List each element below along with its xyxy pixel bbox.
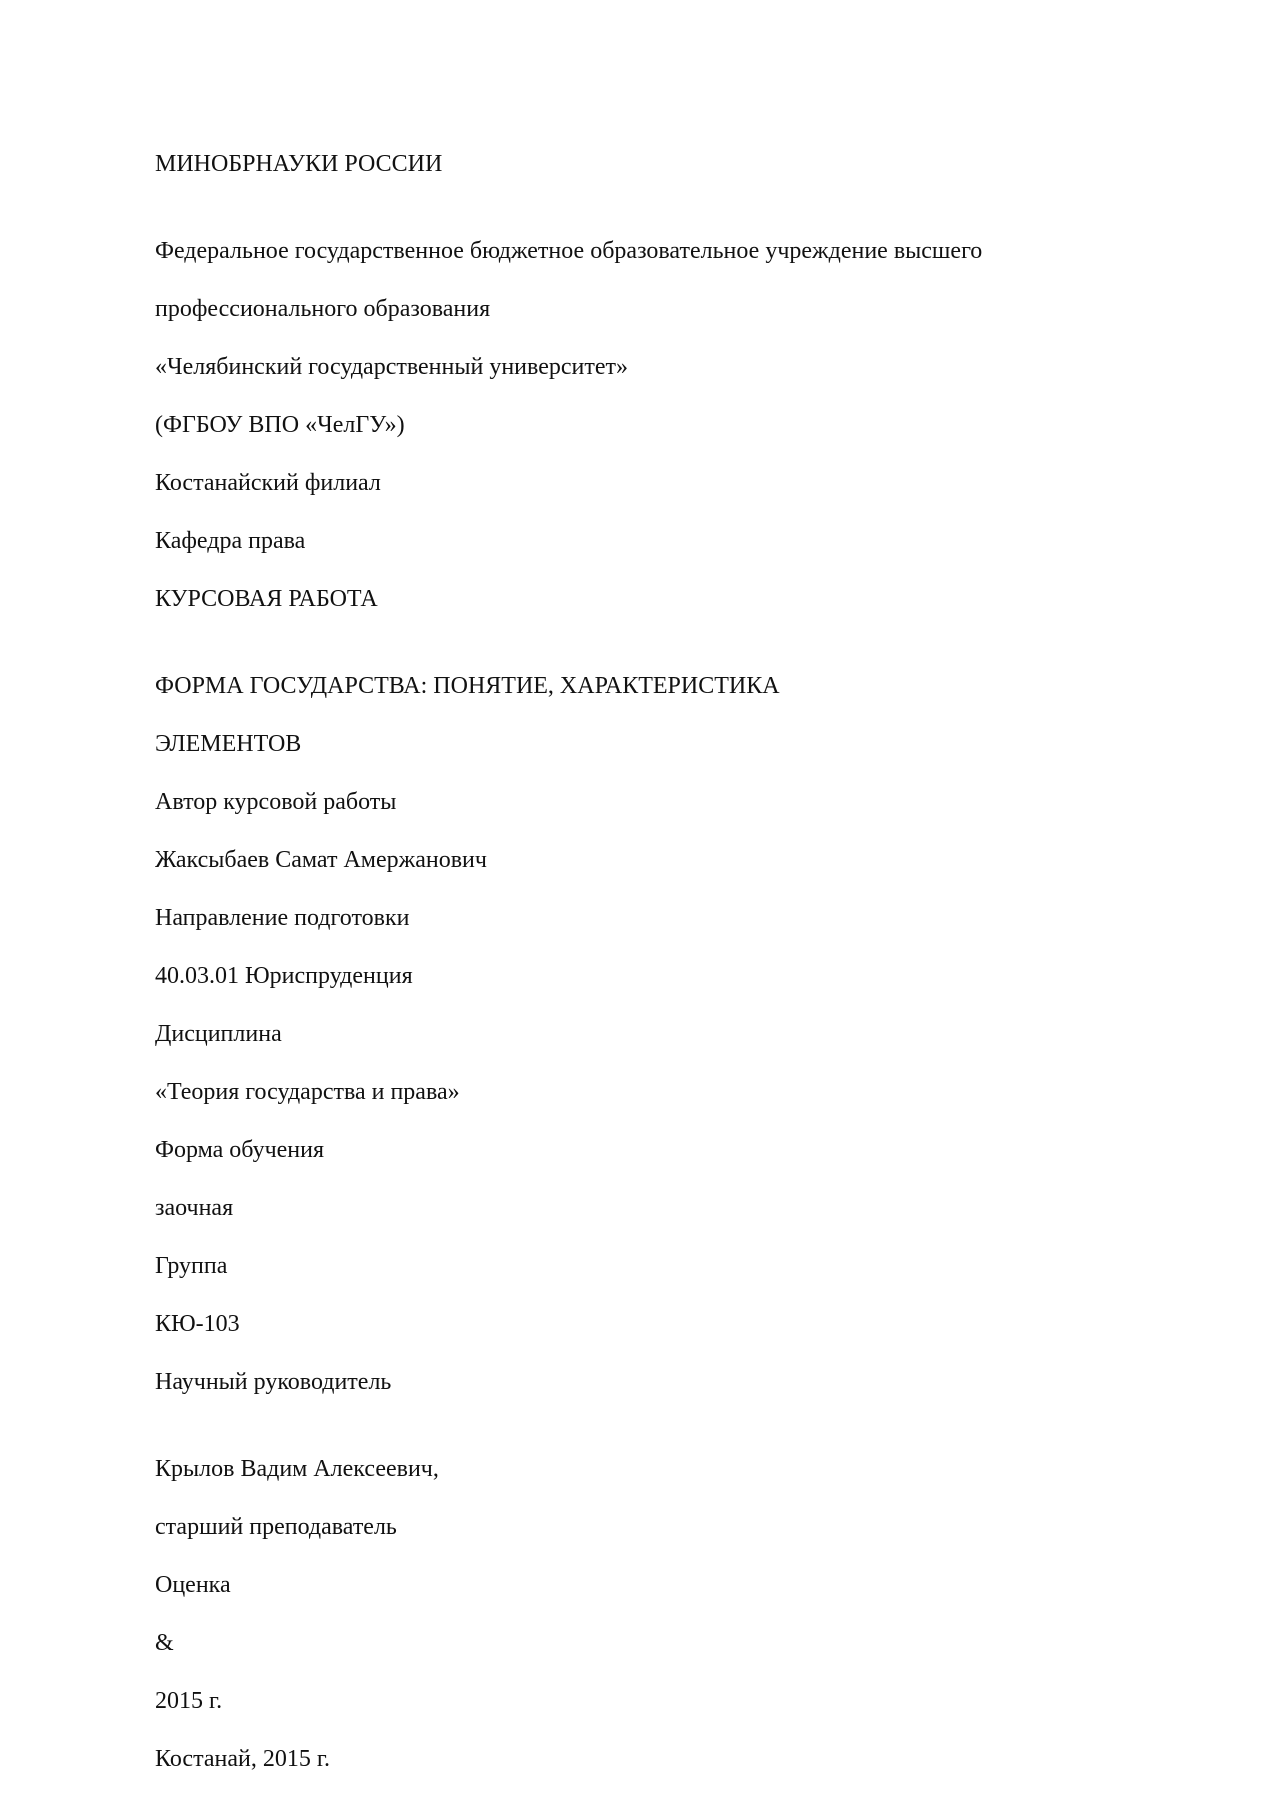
grade-label: Оценка [155, 1571, 1135, 1600]
institution-block: Федеральное государственное бюджетное об… [155, 208, 1135, 556]
title-line: ФОРМА ГОСУДАРСТВА: ПОНЯТИЕ, ХАРАКТЕРИСТИ… [155, 673, 780, 699]
study-form-value: заочная [155, 1194, 1135, 1223]
direction-label: Направление подготовки [155, 904, 1135, 933]
institution-line: (ФГБОУ ВПО «ЧелГУ») [155, 412, 405, 438]
author-label: Автор курсовой работы [155, 788, 1135, 817]
supervisor-block: Крылов Вадим Алексеевич, старший препода… [155, 1426, 1135, 1542]
institution-line: «Челябинский государственный университет… [155, 354, 628, 380]
institution-line: Кафедра права [155, 528, 305, 554]
supervisor-position: старший преподаватель [155, 1514, 397, 1540]
discipline-label: Дисциплина [155, 1020, 1135, 1049]
author-name: Жаксыбаев Самат Амержанович [155, 846, 1135, 875]
institution-line: Костанайский филиал [155, 470, 381, 496]
title-page: МИНОБРНАУКИ РОССИИ Федеральное государст… [155, 150, 1135, 1803]
work-type: КУРСОВАЯ РАБОТА [155, 585, 1135, 614]
title-line: ЭЛЕМЕНТОВ [155, 731, 301, 757]
supervisor-name: Крылов Вадим Алексеевич, [155, 1456, 439, 1482]
direction-value: 40.03.01 Юриспруденция [155, 962, 1135, 991]
place-year: Костанай, 2015 г. [155, 1745, 1135, 1774]
ministry: МИНОБРНАУКИ РОССИИ [155, 150, 1135, 179]
institution-line: профессионального образования [155, 296, 490, 322]
group-label: Группа [155, 1252, 1135, 1281]
supervisor-label: Научный руководитель [155, 1368, 1135, 1397]
document-title: ФОРМА ГОСУДАРСТВА: ПОНЯТИЕ, ХАРАКТЕРИСТИ… [155, 643, 1135, 759]
discipline-value: «Теория государства и права» [155, 1078, 1135, 1107]
grade-value: & [155, 1629, 1135, 1658]
study-form-label: Форма обучения [155, 1136, 1135, 1165]
year: 2015 г. [155, 1687, 1135, 1716]
institution-line: Федеральное государственное бюджетное об… [155, 238, 982, 264]
group-value: КЮ-103 [155, 1310, 1135, 1339]
